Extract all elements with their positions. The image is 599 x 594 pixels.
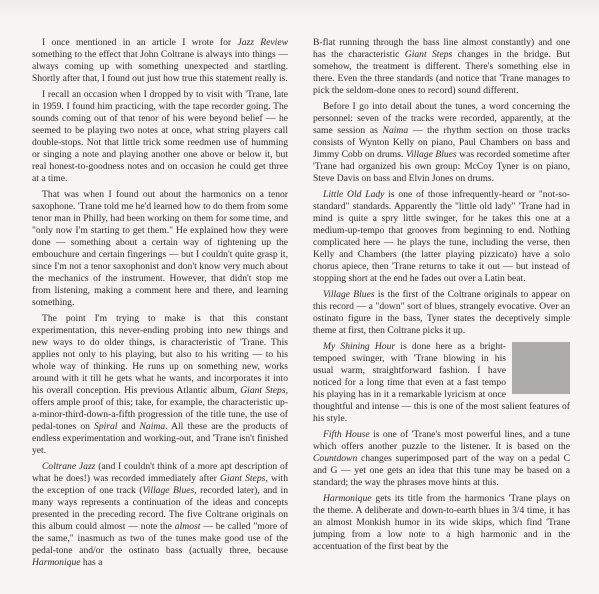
- italic-title: Village Blues: [406, 149, 457, 160]
- paragraph: Coltrane Jazz (and I couldn't think of a…: [32, 461, 288, 569]
- text-run: and: [117, 421, 139, 432]
- text-run: has a: [81, 557, 103, 568]
- paragraph: I recall an occasion when I dropped by t…: [32, 89, 288, 185]
- italic-title: Jazz Review: [237, 37, 288, 48]
- italic-title: Fifth House: [323, 429, 370, 440]
- italic-title: Naima: [383, 125, 409, 136]
- italic-title: Spiral: [94, 421, 117, 432]
- paragraph: B-flat running through the bass line alm…: [313, 37, 570, 97]
- text-run: is one of those infrequently-heard or "n…: [313, 189, 570, 284]
- paragraph: My Shining Hour is done here as a bright…: [313, 341, 570, 425]
- text-run: something to the effect that John Coltra…: [32, 49, 288, 84]
- paragraph: Village Blues is the first of the Coltra…: [313, 289, 570, 337]
- italic-title: Coltrane Jazz: [42, 461, 95, 472]
- paragraph: That was when I found out about the harm…: [32, 189, 288, 309]
- italic-title: Giant Steps: [220, 473, 265, 484]
- photo-placeholder: [512, 342, 570, 394]
- paragraph: I once mentioned in an article I wrote f…: [32, 37, 288, 85]
- italic-title: Village Blues: [143, 485, 195, 496]
- paragraph: Little Old Lady is one of those infreque…: [313, 189, 570, 285]
- italic-title: Harmonique: [32, 557, 81, 568]
- italic-title: Naima: [140, 421, 166, 432]
- right-text-column: B-flat running through the bass line alm…: [313, 37, 570, 557]
- italic-title: Harmonique: [323, 493, 372, 504]
- italic-title: Giant Steps: [405, 49, 452, 60]
- page-top-shadow: [0, 0, 599, 20]
- text-run: The point I'm trying to make is that thi…: [32, 313, 288, 396]
- text-run: I recall an occasion when I dropped by t…: [32, 89, 288, 184]
- paragraph: Fifth House is one of 'Trane's most powe…: [313, 429, 570, 489]
- text-run: That was when I found out about the harm…: [32, 189, 288, 308]
- italic-title: Little Old Lady: [323, 189, 384, 200]
- italic-title: Countdown: [313, 453, 357, 464]
- paragraph: The point I'm trying to make is that thi…: [32, 313, 288, 457]
- italic-title: My Shining Hour: [323, 341, 395, 352]
- paragraph: Before I go into detail about the tunes,…: [313, 101, 570, 185]
- text-run: I once mentioned in an article I wrote f…: [42, 37, 237, 48]
- italic-title: Village Blues: [323, 289, 375, 300]
- left-text-column: I once mentioned in an article I wrote f…: [32, 37, 288, 573]
- italic-title: almost: [175, 521, 201, 532]
- italic-title: Giant Steps: [240, 385, 285, 396]
- paragraph: Harmonique gets its title from the harmo…: [313, 493, 570, 553]
